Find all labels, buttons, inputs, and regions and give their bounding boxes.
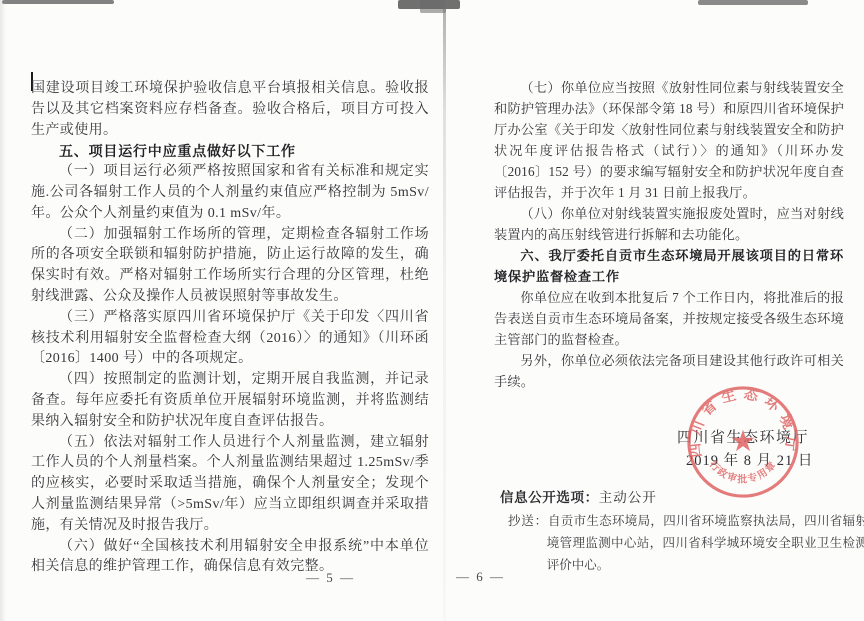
paragraph-heading: 五、项目运行中应重点做好以下工作 <box>31 141 429 162</box>
scanned-document: 国建设项目竣工环境保护验收信息平台填报相关信息。验收报告以及其它档案资料应存档备… <box>0 0 864 621</box>
paragraph-body: （三）严格落实原四川省环境保护厅《关于印发〈四川省核技术利用辐射安全监督检查大纲… <box>31 308 429 370</box>
paragraph-body: （七）你单位应当按照《放射性同位素与射线装置安全和防护管理办法》（环保部令第 1… <box>494 77 844 203</box>
paragraph-continuation: 国建设项目竣工环境保护验收信息平台填报相关信息。验收报告以及其它档案资料应存档备… <box>31 79 429 141</box>
signature-agency: 四川省生态环境厅 <box>677 426 809 447</box>
scan-smudge <box>2 0 114 4</box>
paragraph-body: 另外，你单位必须依法完备项目建设其他行政许可相关手续。 <box>494 350 844 392</box>
paragraph-body: （四）按照制定的监测计划，定期开展自我监测，并记录备查。每年应委托有资质单位开展… <box>31 370 429 432</box>
scan-smudge <box>698 0 808 5</box>
paragraph-body: （二）加强辐射工作场所的管理，定期检查各辐射工作场所的各项安全联锁和辐射防护措施… <box>31 225 429 308</box>
seal-ring-text-curved: 四川省生态环境厅 <box>686 384 800 458</box>
left-page-body: 国建设项目竣工环境保护验收信息平台填报相关信息。验收报告以及其它档案资料应存档备… <box>31 79 429 578</box>
page-number-6: — 6 — <box>456 569 505 585</box>
paragraph-heading: 六、我厅委托自贡市生态环境局开展该项目的日常环境保护监督检查工作 <box>494 245 844 287</box>
info-disclosure-label: 信息公开选项： <box>500 490 599 505</box>
paragraph-body: （一）项目运行必须严格按照国家和省有关标准和规定实施.公司各辐射工作人员的个人剂… <box>31 162 429 224</box>
scan-edge-shade <box>0 0 6 621</box>
page-number-5: — 5 — <box>306 570 355 586</box>
cc-block: 抄送：自贡市生态环境局，四川省环境监察执法局，四川省辐射环境管理监测中心站，四川… <box>508 510 864 576</box>
paragraph-body: 你单位应在收到本批复后 7 个工作日内，将批准后的报告表送自贡市生态环境局备案，… <box>494 287 844 350</box>
paragraph-body: （八）你单位对射线装置实施报废处置时，应当对射线装置内的高压射线管进行拆解和去功… <box>494 203 844 245</box>
info-disclosure-line: 信息公开选项：主动公开 <box>500 486 657 506</box>
signature-date: 2019 年 8 月 21 日 <box>686 449 813 470</box>
right-page-body: （七）你单位应当按照《放射性同位素与射线装置安全和防护管理办法》（环保部令第 1… <box>494 77 844 392</box>
cc-label: 抄送： <box>508 514 548 528</box>
paragraph-body: （五）依法对辐射工作人员进行个人剂量监测，建立辐射工作人员的个人剂量档案。个人剂… <box>31 433 429 537</box>
page-seam-divider <box>443 0 446 621</box>
info-disclosure-value: 主动公开 <box>599 490 657 505</box>
cc-text: 自贡市生态环境局，四川省环境监察执法局，四川省辐射环境管理监测中心站，四川省科学… <box>547 514 864 572</box>
paragraph-body: （六）做好“全国核技术利用辐射安全申报系统”中本单位相关信息的维护管理工作，确保… <box>31 537 429 579</box>
